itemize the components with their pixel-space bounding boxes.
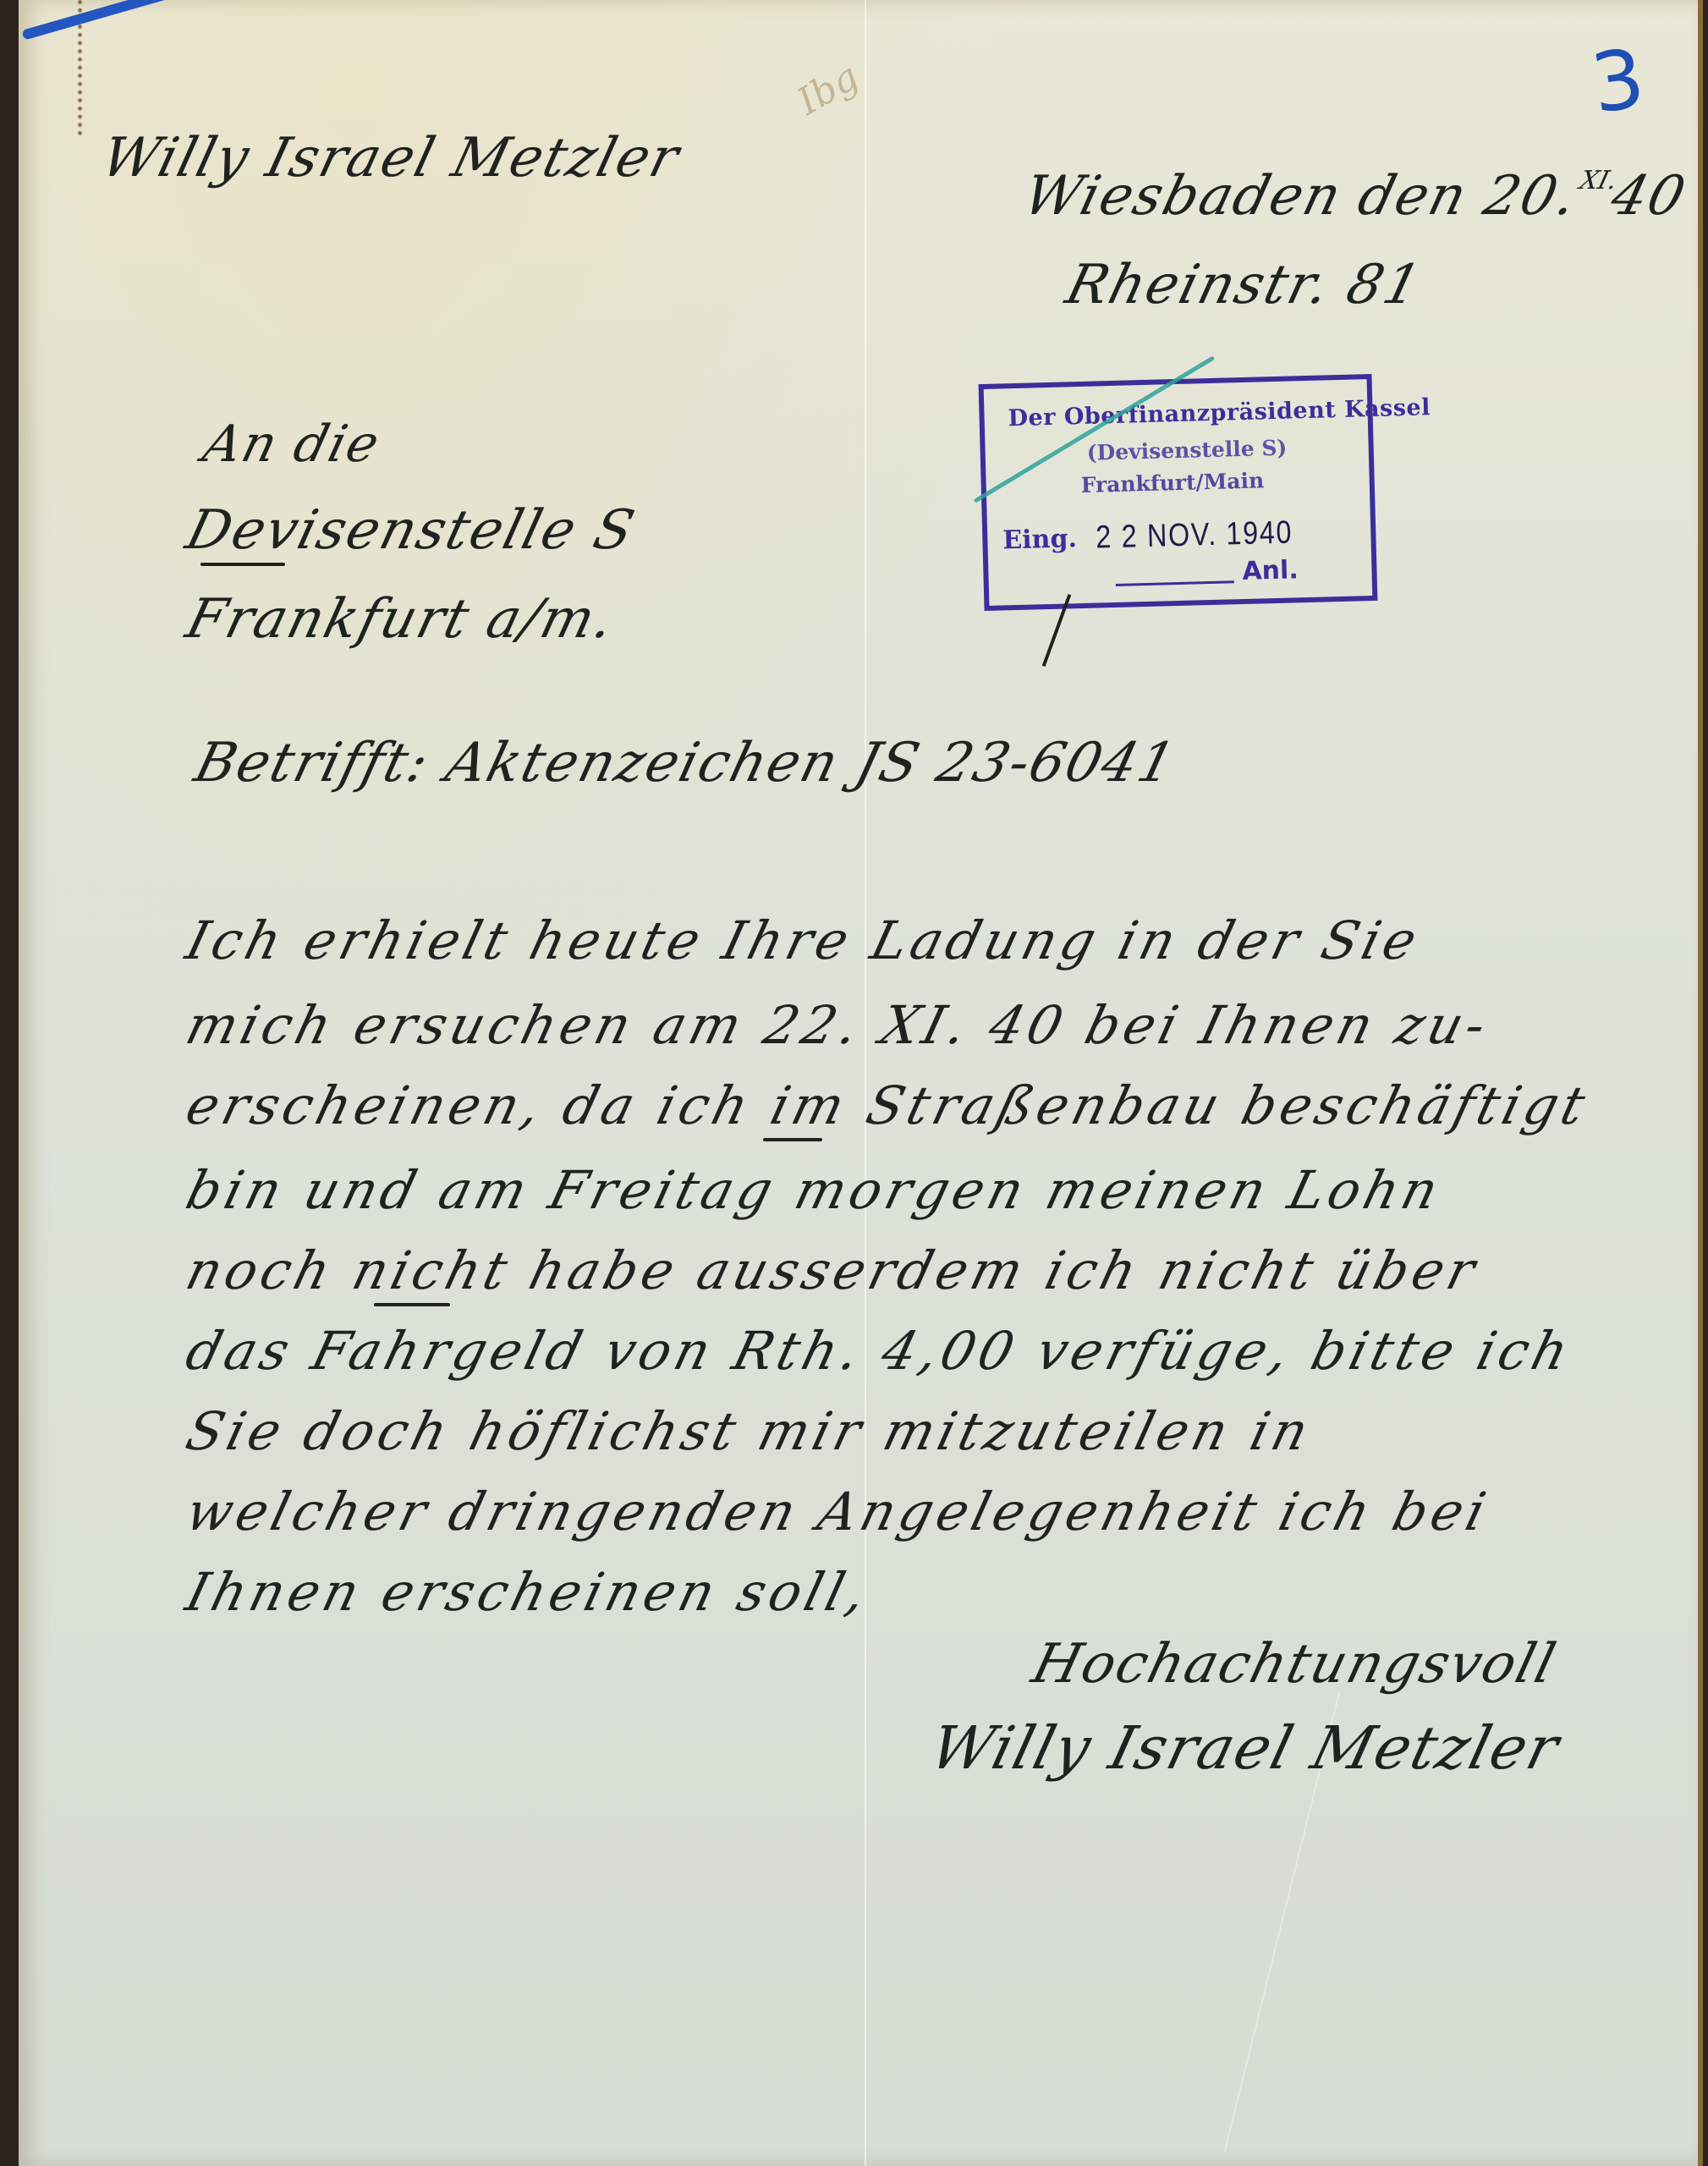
pencil-annotation: Ibg [790,55,865,124]
body-line-9: Ihnen erscheinen soll, [180,1561,876,1623]
recipient-city-suffix: a/m. [480,588,621,651]
recipient-line-1: An die [197,415,387,474]
body-line-8: welcher dringenden Angelegenheit ich bei [180,1481,1496,1542]
subject-text: Aktenzeichen JS 23-6041 [439,732,1183,794]
signature: Willy Israel Metzler [924,1713,1567,1783]
stamp-department: (Devisenstelle S) [1086,436,1287,465]
emphasis-underline [374,1303,450,1306]
letter-page: Willy Israel Metzler Ibg Wiesbaden den 2… [19,0,1703,2166]
stamp-city: Frankfurt/Main [1080,468,1264,498]
city: Wiesbaden [1018,165,1348,228]
body-line-4: bin und am Freitag morgen meinen Lohn [180,1159,1448,1221]
stamp-authority: Der Oberfinanzpräsident Kassel [1008,394,1431,432]
date-word: den [1352,165,1493,228]
body-line-3: erscheinen, da ich im Straßenbau beschäf… [180,1075,1595,1136]
body-line-2: mich ersuchen am 22. XI. 40 bei Ihnen zu… [180,994,1497,1056]
body-line-1: Ich erhielt heute Ihre Ladung in der Sie [180,910,1427,971]
subject-line: Betrifft: Aktenzeichen JS 23-6041 [189,732,1183,794]
receipt-stamp: Der Oberfinanzpräsident Kassel (Devisens… [979,374,1378,611]
street-address: Rheinstr. 81 [1060,254,1429,316]
archive-page-number: 3 [1586,30,1650,131]
body-line-5: noch nicht habe ausserdem ich nicht über [180,1240,1486,1301]
recipient-line-2: Devisenstelle S [180,499,642,562]
stamp-received-date: 2 2 NOV. 1940 [1096,514,1293,556]
subject-label: Betrifft: [189,732,437,794]
stamp-attachments-label: Anl. [1242,555,1299,586]
stamp-attachments-line [1116,580,1234,586]
recipient-underline [200,563,285,566]
sender-name: Willy Israel Metzler [96,127,686,190]
closing-salutation: Hochachtungsvoll [1026,1633,1563,1696]
date-day: 20. [1478,165,1584,228]
body-line-6: das Fahrgeld von Rth. 4,00 verfüge, bitt… [180,1320,1579,1382]
recipient-line-3: Frankfurt a/m. [180,588,622,651]
recipient-city: Frankfurt [180,588,477,651]
body-line-7: Sie doch höflichst mir mitzuteilen in [180,1400,1319,1462]
date-year: 40 [1605,165,1693,228]
emphasis-underline [763,1138,822,1141]
stamp-received-label: Eing. [1002,524,1077,555]
place-date: Wiesbaden den 20.XI.40 [1018,165,1693,228]
blue-pencil-stroke-icon [21,0,235,41]
